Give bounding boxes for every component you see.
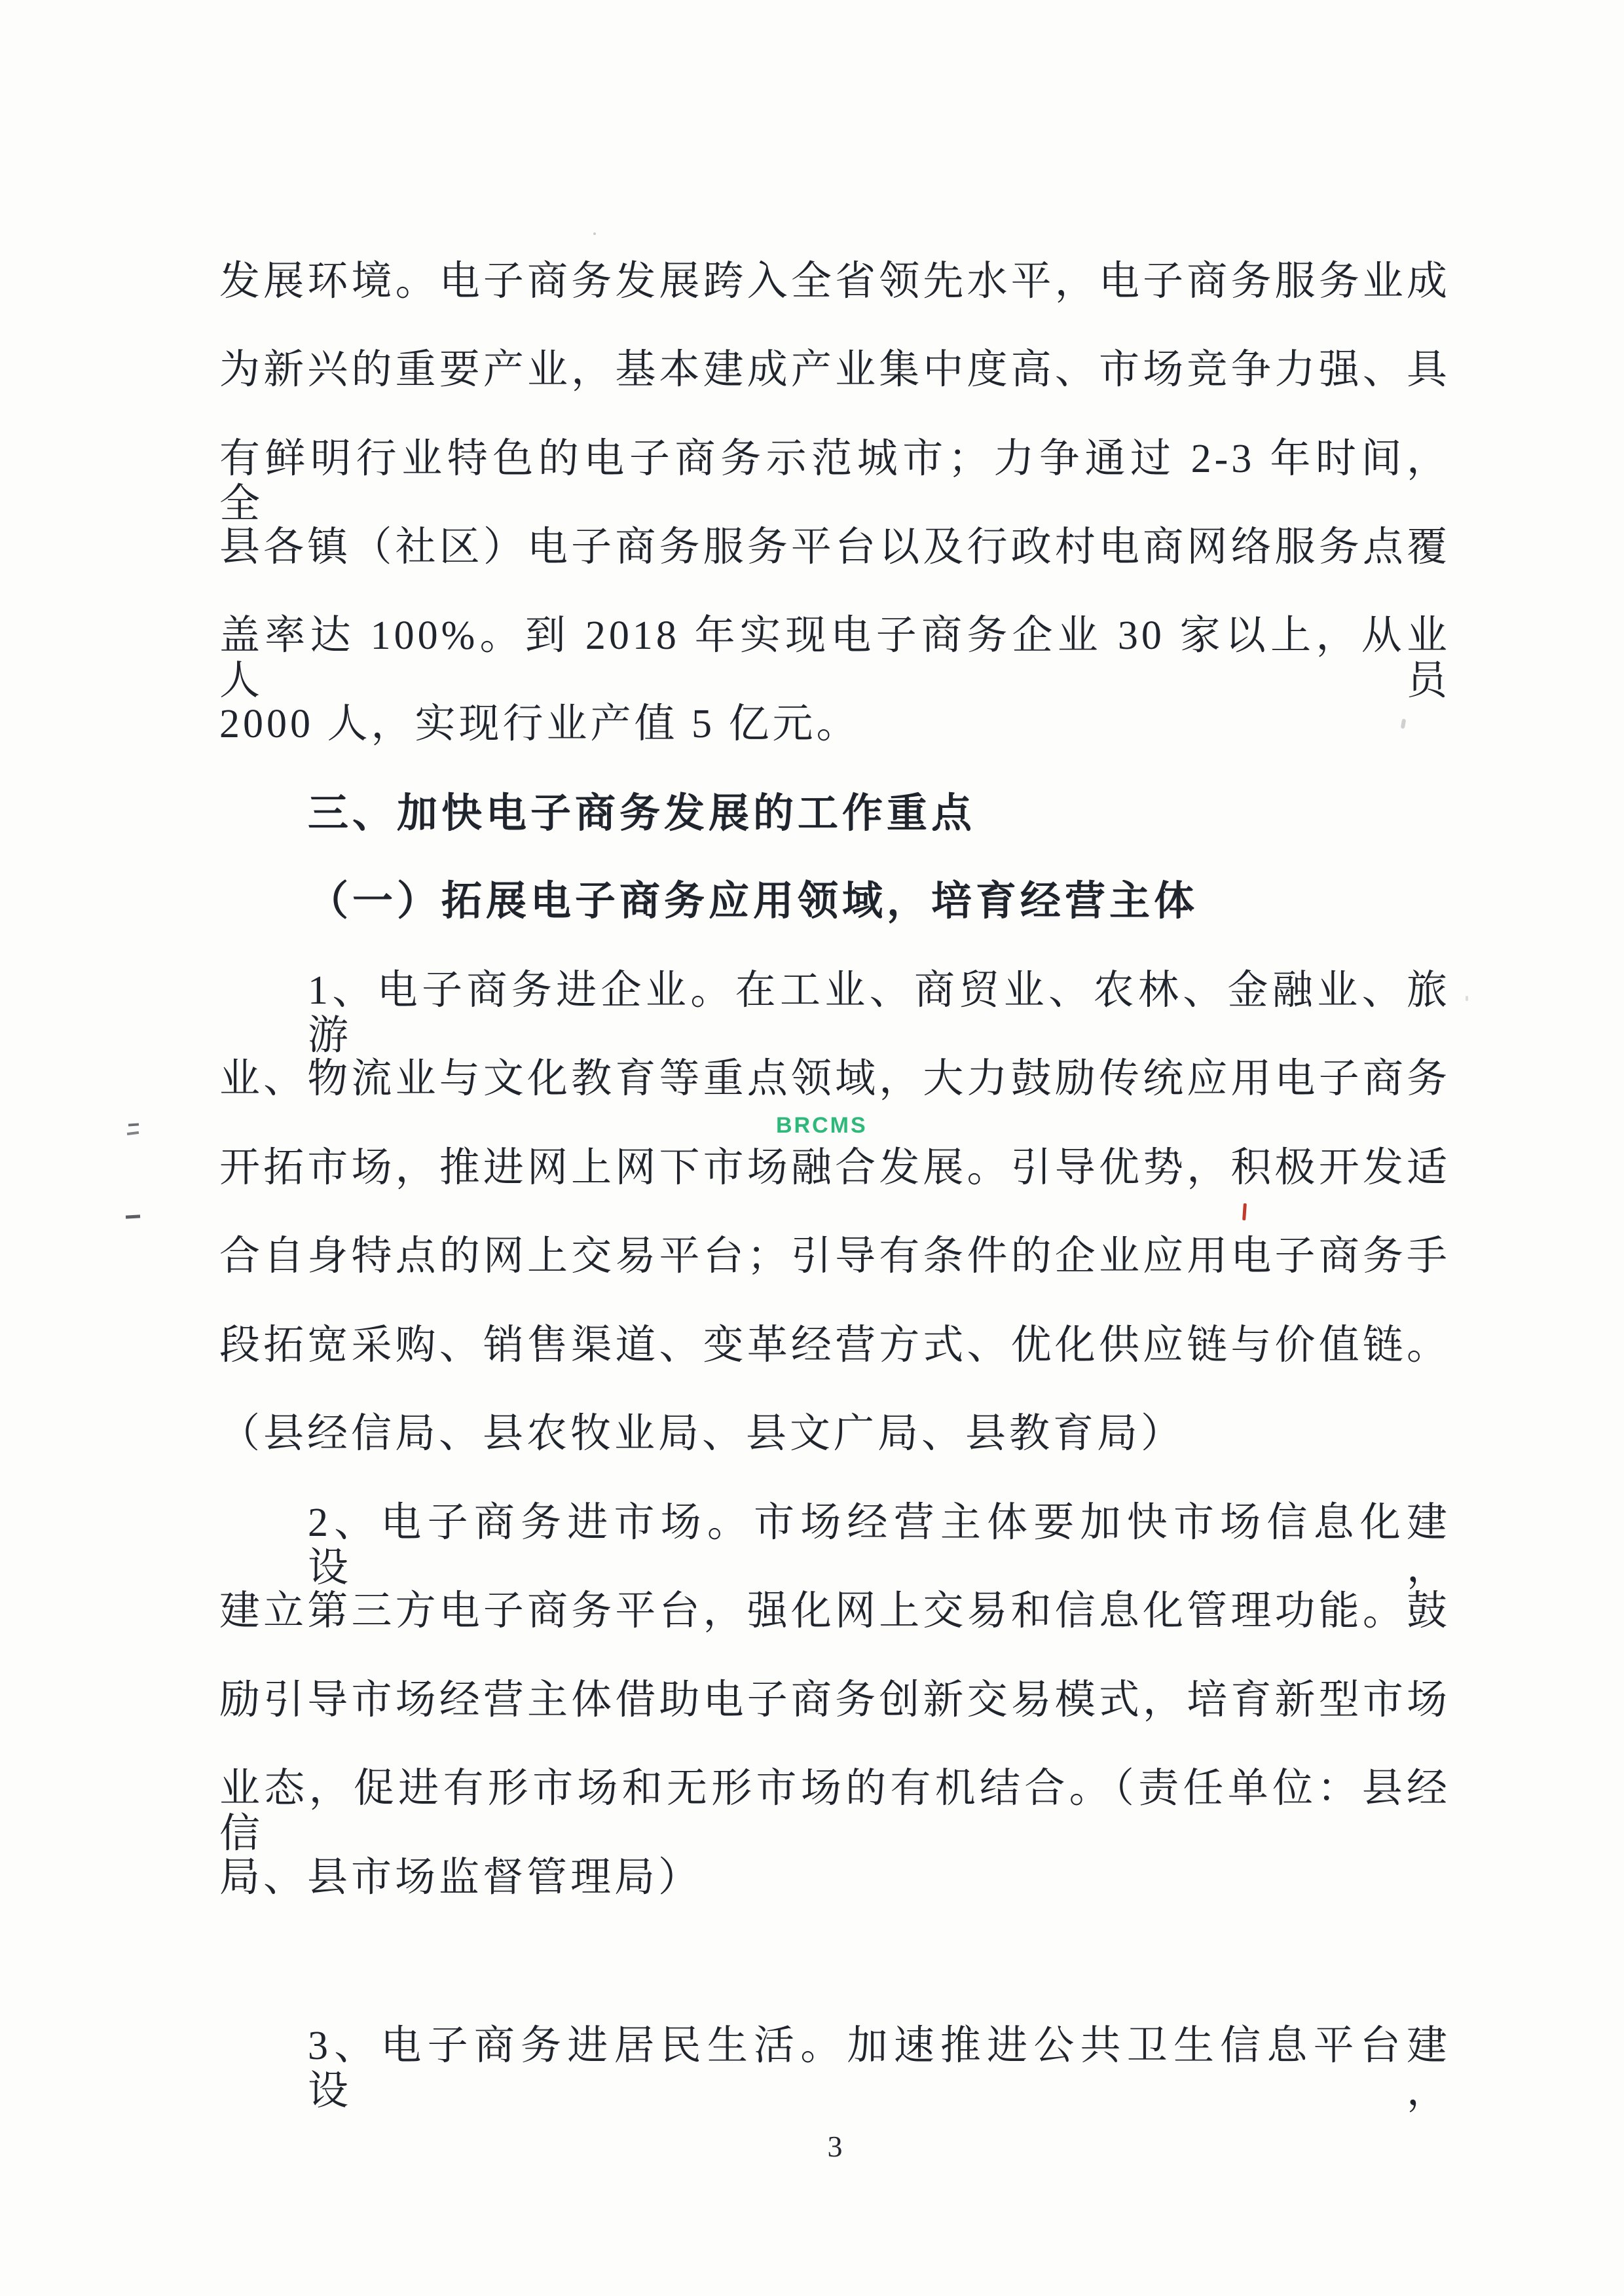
body-line: 开拓市场，推进网上网下市场融合发展。引导优势，积极开发适: [219, 1146, 1450, 1191]
body-line: 盖率达 100%。到 2018 年实现电子商务企业 30 家以上，从业人员: [219, 613, 1450, 704]
body-line: 段拓宽采购、销售渠道、变革经营方式、优化供应链与价值链。: [219, 1323, 1450, 1368]
paragraph-first-line: 2、电子商务进市场。市场经营主体要加快市场信息化建设，: [219, 1501, 1450, 1592]
section-heading: 三、加快电子商务发展的工作重点: [219, 791, 1450, 836]
paragraph-first-line: 1、电子商务进企业。在工业、商贸业、农林、金融业、旅游: [219, 968, 1450, 1059]
body-line: 业、物流业与文化教育等重点领域，大力鼓励传统应用电子商务: [219, 1057, 1450, 1102]
body-line: 2000 人，实现行业产值 5 亿元。: [219, 702, 1450, 747]
body-line: 业态，促进有形市场和无形市场的有机结合。（责任单位：县经信: [219, 1766, 1450, 1857]
body-line: 县各镇（社区）电子商务服务平台以及行政村电商网络服务点覆: [219, 525, 1450, 570]
body-line: 为新兴的重要产业，基本建成产业集中度高、市场竞争力强、具: [219, 348, 1450, 393]
scan-artifact-speck: [128, 1123, 139, 1126]
scan-artifact-speck: [593, 232, 596, 235]
subsection-heading: （一）拓展电子商务应用领域，培育经营主体: [219, 879, 1450, 924]
paragraph-first-line: 3、电子商务进居民生活。加速推进公共卫生信息平台建设，: [219, 2024, 1450, 2115]
body-line: 有鲜明行业特色的电子商务示范城市；力争通过 2-3 年时间，全: [219, 437, 1450, 528]
body-line: 励引导市场经营主体借助电子商务创新交易模式，培育新型市场: [219, 1678, 1450, 1723]
scan-artifact-red-mark: [1242, 1203, 1247, 1220]
scanned-document-page: 发展环境。电子商务发展跨入全省领先水平，电子商务服务业成 为新兴的重要产业，基本…: [0, 0, 1624, 2296]
page-number: 3: [219, 2129, 1450, 2164]
scan-artifact-speck: [1466, 996, 1468, 1001]
body-line: （县经信局、县农牧业局、县文广局、县教育局）: [219, 1412, 1450, 1457]
body-line: 建立第三方电子商务平台，强化网上交易和信息化管理功能。鼓: [219, 1589, 1450, 1634]
body-line: 发展环境。电子商务发展跨入全省领先水平，电子商务服务业成: [219, 259, 1450, 304]
brcms-watermark: BRCMS: [776, 1113, 868, 1139]
body-line: 合自身特点的网上交易平台；引导有条件的企业应用电子商务手: [219, 1234, 1450, 1279]
scan-artifact-speck: [127, 1131, 139, 1135]
body-line: 局、县市场监督管理局）: [219, 1855, 1450, 1901]
scan-artifact-speck: [126, 1214, 140, 1218]
